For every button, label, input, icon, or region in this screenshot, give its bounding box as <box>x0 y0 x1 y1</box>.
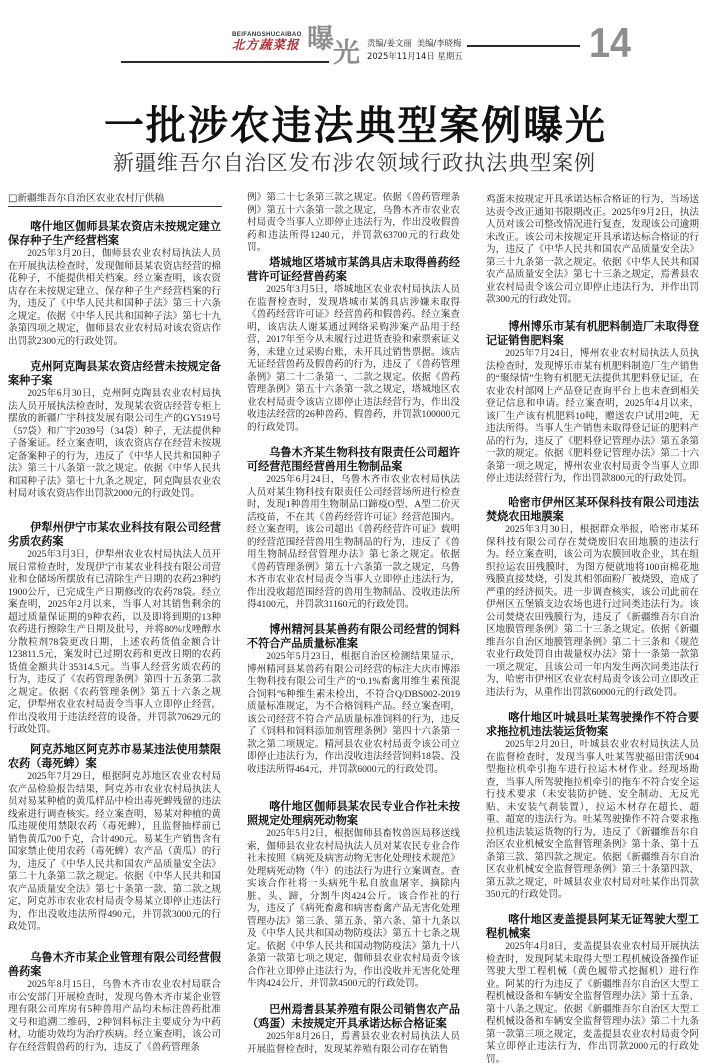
case-title: 喀什地区伽师县某农民专业合作社未按照规定处理病死动物案 <box>247 800 460 828</box>
masthead-rule-right <box>467 45 580 47</box>
case-body: 2025年8月15日，乌鲁木齐市农业农村局联合市公安部门开展检查时，发现乌鲁木齐… <box>8 979 221 1054</box>
case-title: 塔城地区塔城市某鸽具店未取得兽药经营许可证经营兽药案 <box>247 256 460 284</box>
case-title: 乌鲁木齐市某企业管理有限公司经营假兽药案 <box>8 951 221 979</box>
designer-credit: 美编/李晓梅 <box>417 38 462 48</box>
case-article: 乌鲁木齐市某企业管理有限公司经营假兽药案 2025年8月15日，乌鲁木齐市农业农… <box>8 951 221 1064</box>
case-article: 喀什地区伽师县某农民专业合作社未按照规定处理病死动物案 2025年5月2日，根据… <box>247 800 460 1000</box>
newspaper-page: BEIFANGSHUCAIBAO 北方蔬菜报 曝 光 责编/姜文丽美编/李晓梅 … <box>0 0 708 1064</box>
case-body: 2025年2月20日，叶城县农业农村局执法人员在监督检查时，发现当事人吐某驾驶福… <box>486 739 699 902</box>
editor-credits: 责编/姜文丽美编/李晓梅 <box>367 38 461 48</box>
case-body: 2025年8月26日，焉耆县农业农村局执法人员开展监督检查时，发现某养殖有限公司… <box>247 1031 460 1056</box>
case-article: 博州精河县某兽药有限公司经营的饲料不符合产品质量标准案 2025年5月23日，根… <box>247 623 460 797</box>
page-number: 14 <box>589 21 631 65</box>
case-article: 喀什地区伽师县某农资店未按规定建立保存种子生产经营档案 2025年3月20日，伽… <box>8 220 221 356</box>
case-body-continued: 鸡蛋未按规定开具承诺达标合格证的行为，当场送达责令改正通知书限期改正。2025年… <box>486 194 699 307</box>
headline-title: 一批涉农违法典型案例曝光 <box>104 104 606 148</box>
case-body: 2025年3月5日，塔城地区农业农村局执法人员在监督检查时，发现塔城市某鸽具店涉… <box>247 284 460 434</box>
case-body: 2025年3月3日，伊犁州农业农村局执法人员开展日常检查时，发现伊宁市某农业科技… <box>8 549 221 737</box>
source-rule <box>8 206 222 207</box>
editor-credit: 责编/姜文丽 <box>367 38 412 48</box>
section-title-char-1: 曝 <box>307 26 334 54</box>
issue-date: 2025年11月14日 星期五 <box>367 51 463 61</box>
case-title: 哈密市伊州区某环保科技有限公司违法焚烧农田地膜案 <box>486 496 699 524</box>
case-title: 喀什地区叶城县吐某驾驶操作不符合要求拖拉机违法装运货物案 <box>486 711 699 739</box>
case-title: 阿克苏地区阿克苏市易某违法使用禁限农药（毒死蜱）案 <box>8 743 221 771</box>
case-article: 博州博乐市某有机肥料制造厂未取得登记证销售肥料案 2025年7月24日，博州农业… <box>486 320 699 493</box>
case-body: 2025年7月24日，博州农业农村局执法人员执法检查时，发现博乐市某有机肥料制造… <box>486 348 699 486</box>
case-article: 哈密市伊州区某环保科技有限公司违法焚烧农田地膜案 2025年3月30日，根据群众… <box>486 496 699 708</box>
case-body: 2025年3月30日，根据群众举报，哈密市某环保科技有限公司存在焚烧废旧农田地膜… <box>486 524 699 699</box>
case-article: 喀什地区叶城县吐某驾驶操作不符合要求拖拉机违法装运货物案 2025年2月20日，… <box>486 711 699 910</box>
case-title: 克州阿克陶县某农资店经营未按规定备案种子案 <box>8 360 221 388</box>
section-title-char-2: 光 <box>333 40 360 68</box>
case-article: 克州阿克陶县某农资店经营未按规定备案种子案 2025年6月30日，克州阿克陶县农… <box>8 360 221 518</box>
case-title: 博州博乐市某有机肥料制造厂未取得登记证销售肥料案 <box>486 320 699 348</box>
case-body-continued: 例》第二十七条第三款之规定。依据《兽药管理条例》第五十六条第一款之规定，乌鲁木齐… <box>247 192 460 252</box>
newspaper-logo: 北方蔬菜报 <box>232 38 304 52</box>
case-article: 伊犁州伊宁市某农业科技有限公司经营劣质农药案 2025年3月3日，伊犁州农业农村… <box>8 521 221 740</box>
case-article: 阿克苏地区阿克苏市易某违法使用禁限农药（毒死蜱）案 2025年7月29日，根据阿… <box>8 743 221 948</box>
case-title: 博州精河县某兽药有限公司经营的饲料不符合产品质量标准案 <box>247 623 460 651</box>
case-article: 乌鲁木齐某生物科技有限责任公司超许可经营范围经营兽用生物制品案 2025年6月2… <box>247 446 460 620</box>
case-body: 2025年5月2日，根据伽师县畜牧兽医局移送线索，伽师县农业农村局执法人员对某农… <box>247 828 460 991</box>
case-body: 2025年5月23日，根据自治区检测结果显示，博州精河县某兽药有限公司经营的标注… <box>247 651 460 776</box>
case-article: 喀什地区麦盖提县阿某无证驾驶大型工程机械案 2025年4月8日，麦盖提县农业农村… <box>486 913 699 1064</box>
case-title: 巴州焉耆县某养殖有限公司销售农产品（鸡蛋）未按规定开具承诺达标合格证案 <box>247 1003 460 1031</box>
source-credit: □新疆维吾尔自治区农业农村厅供稿 <box>8 193 222 205</box>
case-body: 2025年3月20日，伽师县农业农村局执法人员在开展执法检查时，发现伽师县某农资… <box>8 248 221 348</box>
case-body: 2025年7月29日，根据阿克苏地区农业农村局农产品检验报告结果，阿克苏市农业农… <box>8 771 221 934</box>
case-continuation: 例》第二十七条第三款之规定。依据《兽药管理条例》第五十六条第一款之规定，乌鲁木齐… <box>247 192 460 252</box>
case-title: 喀什地区麦盖提县阿某无证驾驶大型工程机械案 <box>486 913 699 941</box>
case-body: 2025年6月30日，克州阿克陶县农业农村局执法人员开展执法检查时，发现某农资店… <box>8 388 221 501</box>
case-title: 伊犁州伊宁市某农业科技有限公司经营劣质农药案 <box>8 521 221 549</box>
case-body: 2025年6月24日，乌鲁木齐市农业农村局执法人员对某生物科技有限责任公司经营场… <box>247 474 460 612</box>
case-title: 乌鲁木齐某生物科技有限责任公司超许可经营范围经营兽用生物制品案 <box>247 446 460 474</box>
case-continuation: 鸡蛋未按规定开具承诺达标合格证的行为，当场送达责令改正通知书限期改正。2025年… <box>486 194 699 317</box>
case-body: 2025年4月8日，麦盖提县农业农村局开展执法检查时，发现阿某未取得大型工程机械… <box>486 941 699 1064</box>
masthead-rule-left <box>121 61 329 63</box>
case-title: 喀什地区伽师县某农资店未按规定建立保存种子生产经营档案 <box>8 220 221 248</box>
case-article: 塔城地区塔城市某鸽具店未取得兽药经营许可证经营兽药案 2025年3月5日，塔城地… <box>247 256 460 443</box>
headline-subtitle: 新疆维吾尔自治区发布涉农领域行政执法典型案例 <box>113 151 595 175</box>
case-article: 巴州焉耆县某养殖有限公司销售农产品（鸡蛋）未按规定开具承诺达标合格证案 2025… <box>247 1003 460 1064</box>
